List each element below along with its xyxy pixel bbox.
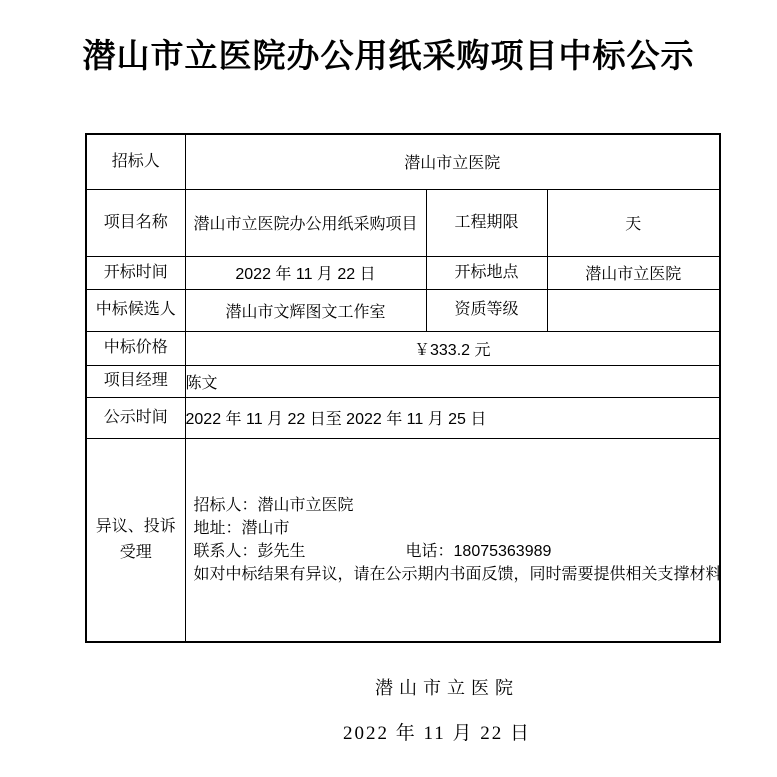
table-row-price: 中标价格 ￥333.2 元 [86, 331, 720, 365]
table-row-candidate: 中标候选人 潜山市文辉图文工作室 资质等级 [86, 289, 720, 331]
complaint-bidder-line: 招标人：潜山市立医院 [194, 494, 720, 517]
complaint-contact-line: 联系人：彭先生电话：18075363989 [194, 540, 720, 563]
project-name-label: 项目名称 [86, 189, 185, 256]
publicity-time-value: 2022 年 11 月 22 日至 2022 年 11 月 25 日 [185, 397, 720, 438]
complaint-label-line1: 异议、投诉 [87, 514, 185, 540]
complaint-label: 异议、投诉 受理 [86, 438, 185, 642]
price-value: ￥333.2 元 [185, 331, 720, 365]
table-row-bidder: 招标人 潜山市立医院 [86, 134, 720, 189]
bidder-label: 招标人 [86, 134, 185, 189]
complaint-contact-person: 联系人：彭先生 [194, 543, 306, 560]
project-name-value: 潜山市立医院办公用纸采购项目 [185, 189, 426, 256]
announcement-table: 招标人 潜山市立医院 项目名称 潜山市立医院办公用纸采购项目 工程期限 天 开标… [85, 133, 721, 643]
table-row-opening: 开标时间 2022 年 11 月 22 日 开标地点 潜山市立医院 [86, 256, 720, 289]
complaint-content-cell: 招标人：潜山市立医院 地址：潜山市 联系人：彭先生电话：18075363989 … [185, 438, 720, 642]
table-row-publicity: 公示时间 2022 年 11 月 22 日至 2022 年 11 月 25 日 [86, 397, 720, 438]
table-row-manager: 项目经理 陈文 [86, 365, 720, 397]
footer-date: 2022 年 11 月 22 日 [343, 718, 531, 745]
open-place-label: 开标地点 [426, 256, 547, 289]
manager-value: 陈文 [185, 365, 720, 397]
open-place-value: 潜山市立医院 [547, 256, 720, 289]
complaint-phone: 电话：18075363989 [406, 543, 552, 560]
candidate-label: 中标候选人 [86, 289, 185, 331]
page-title: 潜山市立医院办公用纸采购项目中标公示 [0, 30, 777, 77]
publicity-time-label: 公示时间 [86, 397, 185, 438]
qualification-label: 资质等级 [426, 289, 547, 331]
complaint-address-line: 地址：潜山市 [194, 517, 720, 540]
price-label: 中标价格 [86, 331, 185, 365]
footer-organization: 潜山市立医院 [375, 674, 519, 700]
open-time-label: 开标时间 [86, 256, 185, 289]
table-row-complaint: 异议、投诉 受理 招标人：潜山市立医院 地址：潜山市 联系人：彭先生电话：180… [86, 438, 720, 642]
qualification-value [547, 289, 720, 331]
duration-label: 工程期限 [426, 189, 547, 256]
candidate-value: 潜山市文辉图文工作室 [185, 289, 426, 331]
duration-value: 天 [547, 189, 720, 256]
manager-label: 项目经理 [86, 365, 185, 397]
bidder-value: 潜山市立医院 [185, 134, 720, 189]
open-time-value: 2022 年 11 月 22 日 [185, 256, 426, 289]
document-page: 潜山市立医院办公用纸采购项目中标公示 招标人 潜山市立医院 项目名称 潜山市立医… [0, 0, 777, 777]
table-row-project: 项目名称 潜山市立医院办公用纸采购项目 工程期限 天 [86, 189, 720, 256]
complaint-note-line: 如对中标结果有异议，请在公示期内书面反馈，同时需要提供相关支撑材料。 [194, 563, 720, 586]
complaint-label-line2: 受理 [87, 540, 185, 566]
complaint-content: 招标人：潜山市立医院 地址：潜山市 联系人：彭先生电话：18075363989 … [186, 494, 720, 586]
